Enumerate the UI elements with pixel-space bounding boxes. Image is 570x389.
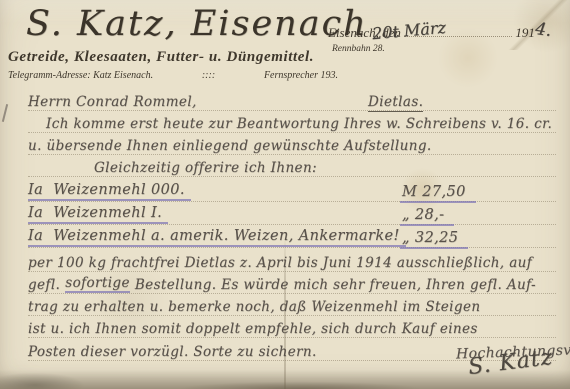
terms-line-4: ist u. ich Ihnen somit doppelt empfehle,… — [28, 317, 556, 338]
date-line: Eisenach, den 20t März 1914. — [328, 22, 563, 42]
telegram-address: Telegramm-Adresse: Katz Eisenach. — [8, 70, 153, 81]
offer-item-row: Ia Weizenmehl a. amerik. Weizen, Ankerma… — [28, 227, 556, 248]
recipient-line: Herrn Conrad Rommel, Dietlas. — [28, 90, 556, 111]
item-name: Weizenmehl 000. — [53, 182, 185, 198]
item-price: M 27,50 — [400, 184, 476, 203]
body-line-1: Ich komme erst heute zur Beantwortung Ih… — [28, 112, 556, 133]
handwritten-date: 20t März — [371, 18, 446, 43]
item-grade: Ia — [28, 205, 43, 221]
offer-intro-text: Gleichzeitig offerire ich Ihnen: — [94, 160, 317, 176]
body-line-1-text: Ich komme erst heute zur Beantwortung Ih… — [46, 116, 552, 132]
terms-line-1: per 100 kg frachtfrei Dietlas z. April b… — [28, 251, 556, 272]
recipient-place: Dietlas. — [368, 94, 423, 112]
terms-line-1-text: per 100 kg frachtfrei Dietlas z. April b… — [28, 255, 532, 271]
letterhead-tagline: Getreide, Kleesaaten, Futter- u. Düngemi… — [8, 49, 314, 66]
scanned-letter-page: S. Katz, Eisenach Getreide, Kleesaaten, … — [0, 0, 570, 389]
offer-item-underline-group: Ia Weizenmehl a. amerik. Weizen, Ankerma… — [28, 228, 406, 247]
body-line-2-text: u. übersende Ihnen einliegend gewünschte… — [28, 138, 432, 154]
item-grade: Ia — [28, 228, 43, 244]
terms-line-4-text: ist u. ich Ihnen somit doppelt empfehle,… — [28, 321, 478, 337]
body-line-2: u. übersende Ihnen einliegend gewünschte… — [28, 134, 556, 155]
item-price: „ 28,- — [400, 207, 454, 226]
street-address: Rennbahn 28. — [332, 44, 385, 54]
letterhead-company-name: S. Katz, Eisenach — [26, 4, 368, 44]
terms-line-2-pre: gefl. — [28, 277, 60, 293]
divider-dots: :::: — [202, 70, 215, 81]
terms-line-2-emphasized: sofortige — [65, 275, 130, 293]
terms-line-3: trag zu erhalten u. bemerke noch, daß We… — [28, 295, 556, 316]
item-name: Weizenmehl I. — [53, 205, 162, 221]
phone-number: Fernsprecher 193. — [264, 70, 338, 81]
terms-line-2: gefl. sofortige Bestellung. Es würde mic… — [28, 273, 556, 294]
offer-item-underline-group: Ia Weizenmehl I. — [28, 205, 168, 224]
offer-item-row: Ia Weizenmehl I. „ 28,- — [28, 204, 556, 225]
terms-line-3-text: trag zu erhalten u. bemerke noch, daß We… — [28, 299, 480, 315]
date-fill-rule: 20t März — [404, 36, 512, 37]
item-name: Weizenmehl a. amerik. Weizen, Ankermarke… — [53, 228, 400, 244]
recipient-name: Herrn Conrad Rommel, — [28, 94, 197, 110]
handwritten-year-digit: 4. — [534, 19, 553, 41]
offer-item-underline-group: Ia Weizenmehl 000. — [28, 182, 191, 201]
letterhead-contact-row: Telegramm-Adresse: Katz Eisenach. :::: F… — [8, 70, 338, 81]
item-grade: Ia — [28, 182, 43, 198]
offer-intro-line: Gleichzeitig offerire ich Ihnen: — [28, 156, 556, 177]
pen-stroke-mark — [2, 104, 8, 122]
year-printed: 191 — [515, 25, 535, 40]
offer-item-row: Ia Weizenmehl 000. M 27,50 — [28, 181, 556, 202]
item-price: „ 32,25 — [400, 230, 468, 249]
terms-line-5-text: Posten dieser vorzügl. Sorte zu sichern. — [28, 344, 317, 360]
terms-line-2-post: Bestellung. Es würde mich sehr freuen, I… — [135, 277, 536, 293]
